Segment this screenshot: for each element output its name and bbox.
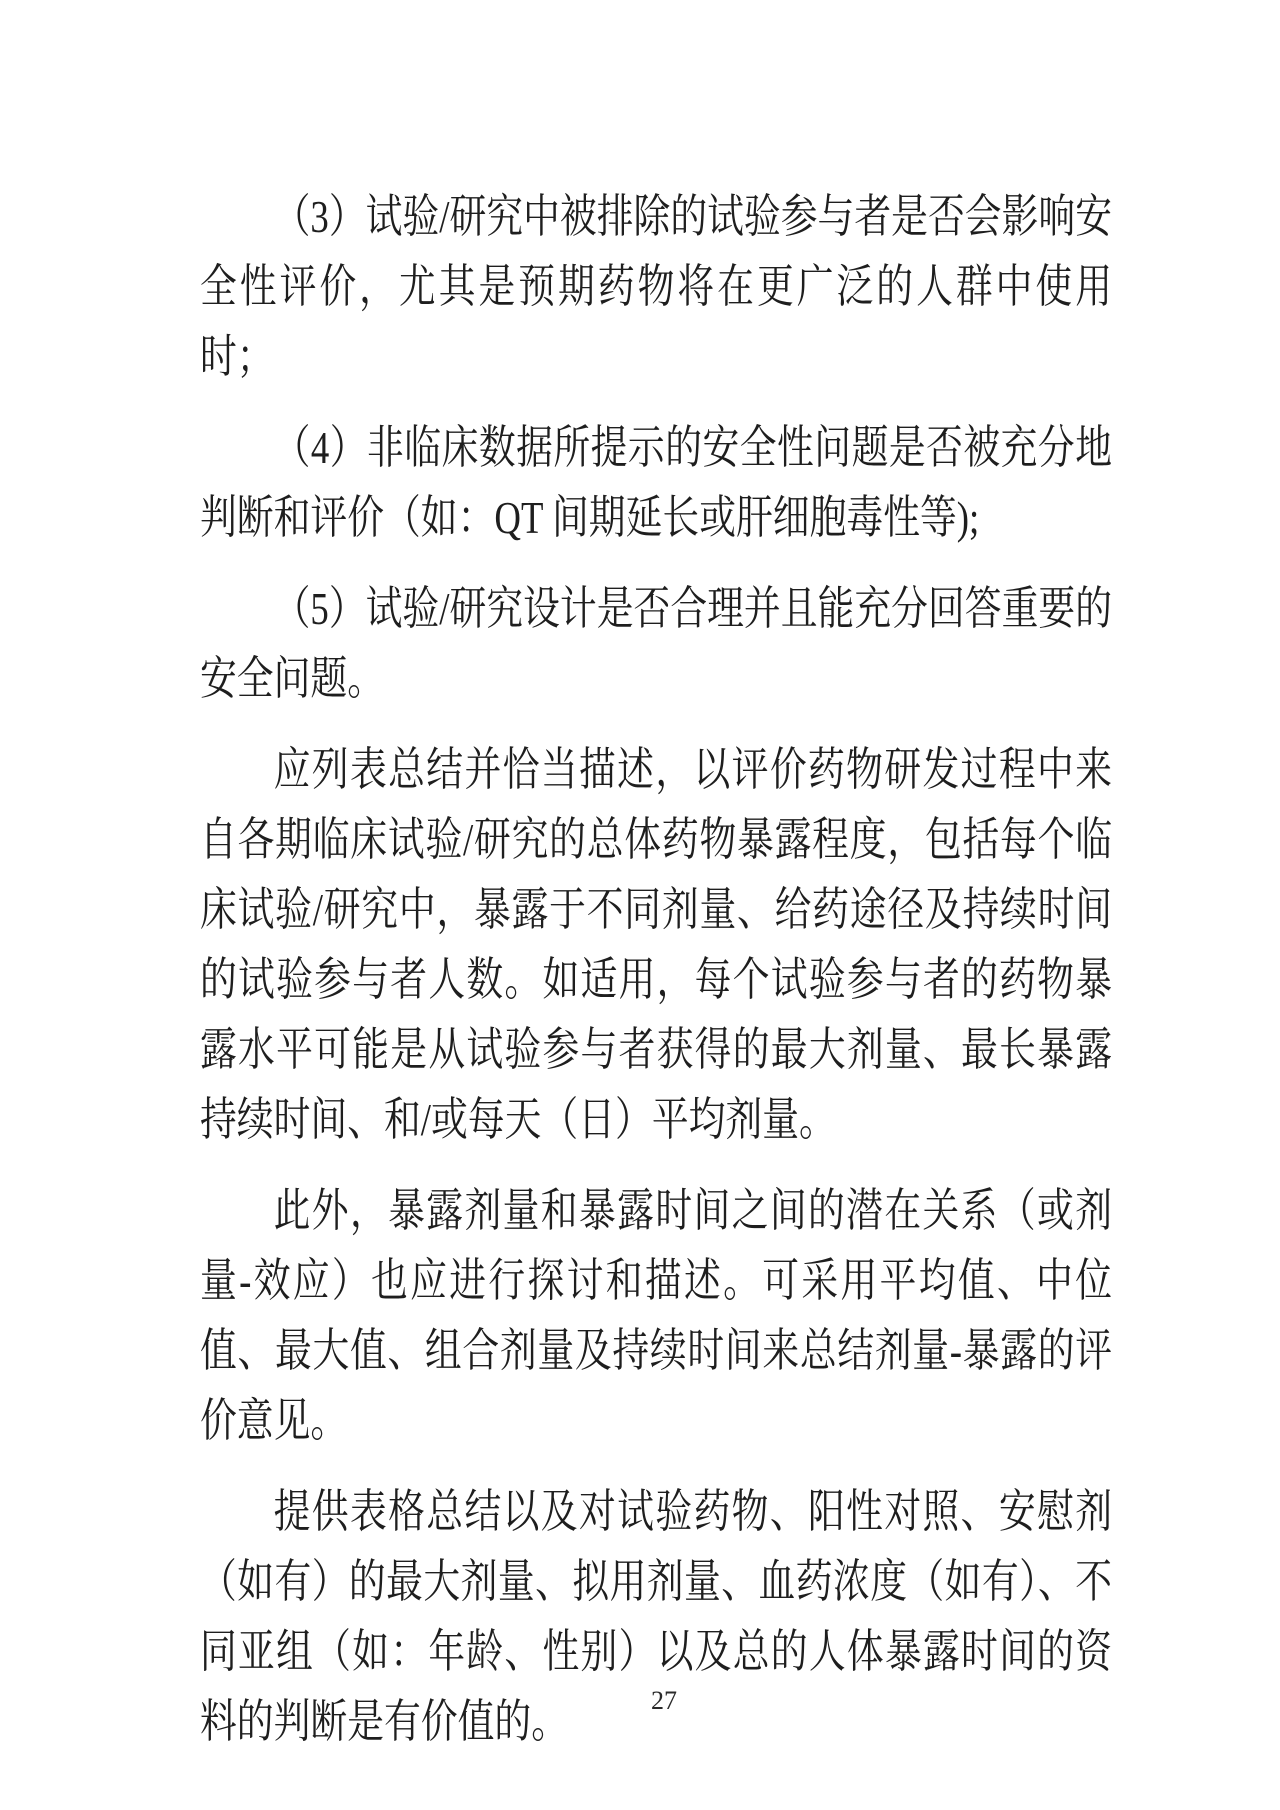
body-paragraph-item-5: （5）试验/研究设计是否合理并且能充分回答重要的安全问题。	[200, 574, 1112, 714]
page-number: 27	[651, 1685, 677, 1717]
body-paragraph-item-4: （4）非临床数据所提示的安全性问题是否被充分地判断和评价（如：QT 间期延长或肝…	[200, 413, 1112, 553]
body-paragraph-item-3: （3）试验/研究中被排除的试验参与者是否会影响安全性评价，尤其是预期药物将在更广…	[200, 182, 1112, 392]
body-paragraph-exposure-summary: 应列表总结并恰当描述，以评价药物研发过程中来自各期临床试验/研究的总体药物暴露程…	[200, 735, 1112, 1155]
document-body: （3）试验/研究中被排除的试验参与者是否会影响安全性评价，尤其是预期药物将在更广…	[200, 182, 1112, 1757]
body-paragraph-dose-effect: 此外，暴露剂量和暴露时间之间的潜在关系（或剂量-效应）也应进行探讨和描述。可采用…	[200, 1176, 1112, 1456]
document-page: （3）试验/研究中被排除的试验参与者是否会影响安全性评价，尤其是预期药物将在更广…	[0, 0, 1280, 1810]
